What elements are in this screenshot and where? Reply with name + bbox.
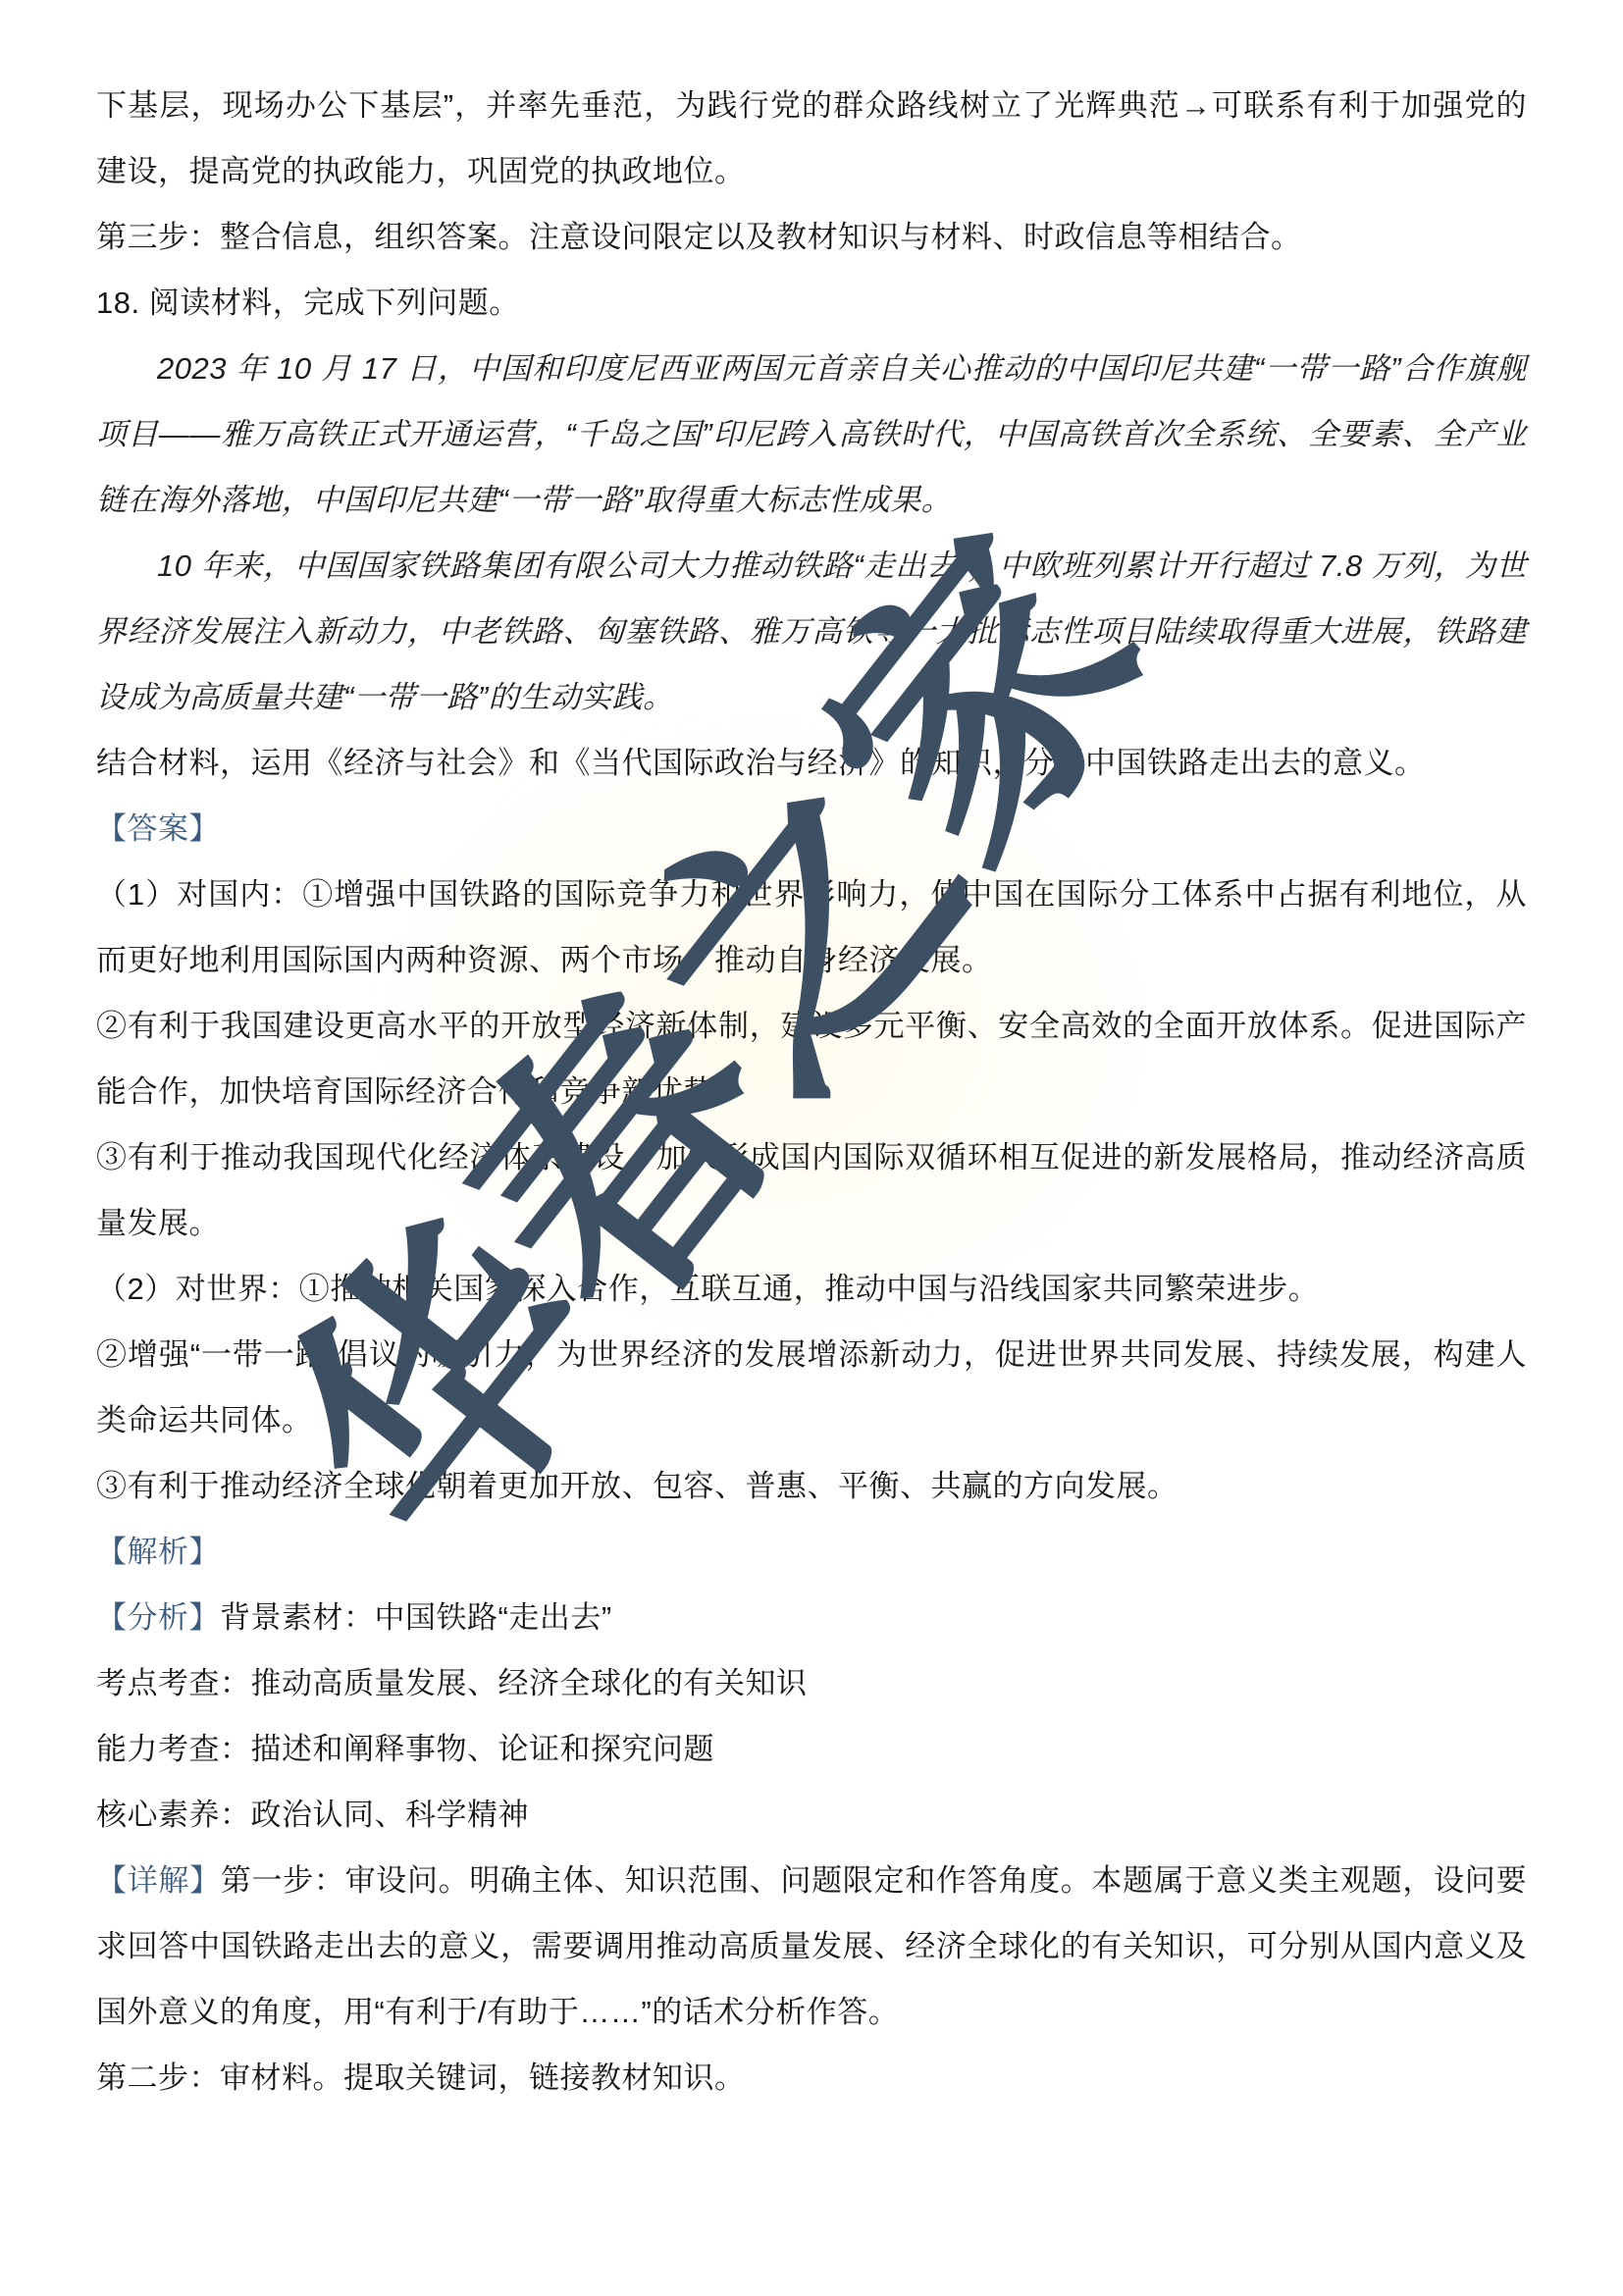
paragraph: ②有利于我国建设更高水平的开放型经济新体制，建设多元平衡、安全高效的全面开放体系… — [96, 993, 1527, 1124]
paragraph: （1）对国内：①增强中国铁路的国际竞争力和世界影响力，使中国在国际分工体系中占据… — [96, 861, 1527, 993]
paragraph: 核心素养：政治认同、科学精神 — [96, 1782, 1527, 1848]
paragraph: 2023 年 10 月 17 日，中国和印度尼西亚两国元首亲自关心推动的中国印尼… — [96, 336, 1527, 533]
section-label: 【答案】 — [96, 811, 220, 846]
paragraph: 18. 阅读材料，完成下列问题。 — [96, 270, 1527, 336]
section-label: 【解析】 — [96, 1535, 220, 1569]
paragraph: ②增强“一带一路”倡议的吸引力，为世界经济的发展增添新动力，促进世界共同发展、持… — [96, 1322, 1527, 1453]
section-label: 【分析】 — [96, 1600, 220, 1635]
paragraph: 考点考查：推动高质量发展、经济全球化的有关知识 — [96, 1650, 1527, 1716]
paragraph: ③有利于推动经济全球化朝着更加开放、包容、普惠、平衡、共赢的方向发展。 — [96, 1453, 1527, 1519]
paragraph: 【答案】 — [96, 796, 1527, 861]
document-body: 下基层，现场办公下基层”，并率先垂范，为践行党的群众路线树立了光辉典范→可联系有… — [96, 73, 1527, 2111]
paragraph: 【分析】背景素材：中国铁路“走出去” — [96, 1585, 1527, 1650]
paragraph: 第三步：整合信息，组织答案。注意设问限定以及教材知识与材料、时政信息等相结合。 — [96, 204, 1527, 270]
paragraph: 第二步：审材料。提取关键词，链接教材知识。 — [96, 2045, 1527, 2111]
paragraph: 10 年来，中国国家铁路集团有限公司大力推动铁路“走出去”，中欧班列累计开行超过… — [96, 533, 1527, 730]
paragraph: 【详解】第一步：审设问。明确主体、知识范围、问题限定和作答角度。本题属于意义类主… — [96, 1848, 1527, 2045]
document-page: 下基层，现场办公下基层”，并率先垂范，为践行党的群众路线树立了光辉典范→可联系有… — [0, 0, 1623, 2296]
paragraph: （2）对世界：①推动相关国家深入合作，互联互通，推动中国与沿线国家共同繁荣进步。 — [96, 1256, 1527, 1322]
paragraph: 下基层，现场办公下基层”，并率先垂范，为践行党的群众路线树立了光辉典范→可联系有… — [96, 73, 1527, 204]
paragraph: 【解析】 — [96, 1519, 1527, 1585]
paragraph: 能力考查：描述和阐释事物、论证和探究问题 — [96, 1716, 1527, 1782]
paragraph: ③有利于推动我国现代化经济体系建设，加快形成国内国际双循环相互促进的新发展格局，… — [96, 1124, 1527, 1256]
section-label: 【详解】 — [96, 1863, 221, 1898]
paragraph: 结合材料，运用《经济与社会》和《当代国际政治与经济》的知识，分析中国铁路走出去的… — [96, 730, 1527, 796]
